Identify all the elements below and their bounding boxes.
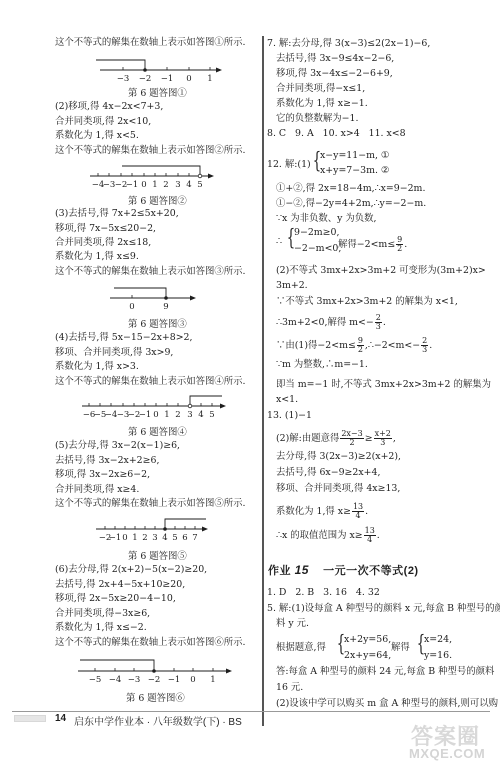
footer-rule	[12, 711, 490, 712]
tick-label: −5	[89, 675, 102, 685]
text-line: 合并同类项,得−3x≥6,	[55, 608, 150, 620]
watermark: 答案圈 MXQE.COM	[405, 720, 497, 764]
equation: x+y=7−3m. ②	[320, 165, 389, 177]
tick-label: 0	[122, 533, 127, 543]
equation: x−y=11−m, ①	[320, 150, 389, 162]
tick-label: −3	[117, 74, 130, 84]
tick-label: 2	[163, 180, 168, 190]
tick-label: −1	[109, 533, 122, 543]
text-line: 去分母,得 3(2x−3)≥2(x+2),	[276, 451, 401, 463]
tick-label: −1	[161, 74, 174, 84]
text-line: 解得	[391, 642, 410, 654]
text-line: 解得−2<m≤92.	[338, 236, 407, 253]
figure-caption: 第 6 题答图⑤	[128, 548, 187, 562]
text-line: (6)去分母,得 2(x+2)−5(x−2)≥20,	[55, 564, 207, 576]
text-line: 料 y 元.	[276, 618, 309, 630]
tick-label: 0	[129, 302, 134, 312]
tick-label: 5	[209, 410, 214, 420]
text-line: ∵由(1)得−2<m≤92,∴−2<m<−23.	[276, 337, 432, 354]
text-line: 移项、合并同类项,得 3x>9,	[55, 347, 173, 359]
equation: x+2y=56,	[344, 634, 391, 646]
text-line: 这个不等式的解集在数轴上表示如答图②所示.	[55, 145, 245, 157]
number-line-2: −4 −3 −2 −1 0 1 2 3 4 5	[88, 161, 218, 191]
text-line: ∵不等式 3mx+2x>3m+2 的解集为 x<1,	[276, 296, 458, 308]
inequality: −2−m<0,	[294, 243, 341, 255]
tick-label: −3	[103, 180, 116, 190]
tick-label: −1	[168, 675, 181, 685]
text-line: 系数化为 1,得 x<5.	[55, 130, 139, 142]
text-line: ∴3m+2<0,解得 m<−23.	[276, 314, 386, 331]
tick-label: 3	[187, 410, 192, 420]
number-line-6: −5 −4 −3 −2 −1 0 1	[76, 655, 236, 685]
text-line: 答:每盒 A 种型号的颜料 24 元,每盒 B 种型号的颜料	[276, 666, 494, 678]
figure-caption: 第 6 题答图②	[128, 193, 187, 207]
figure-caption: 第 6 题答图④	[128, 424, 187, 438]
text-line: 1. D 2. B 3. 16 4. 32	[267, 587, 380, 599]
tick-label: 4	[186, 180, 191, 190]
text-line: 合并同类项,得 x≥4.	[55, 484, 139, 496]
figure-caption: 第 6 题答图③	[128, 316, 187, 330]
text-line: 根据题意,得	[276, 642, 326, 654]
tick-label: 0	[186, 74, 191, 84]
text-line: (4)去括号,得 5x−15−2x+8>2,	[55, 332, 193, 344]
text-line: ∵m 为整数,∴m=−1.	[276, 359, 368, 371]
text-line: 13. (1)−1	[267, 410, 312, 422]
text-line: 16 元.	[276, 682, 303, 694]
text-line: 合并同类项,得 2x<10,	[55, 116, 151, 128]
text-line: 移项,得 3x−4x≤−2−6+9,	[276, 68, 393, 80]
tick-label: −1	[139, 410, 152, 420]
text-line: (2)解:由题意得2x−32≥x+23,	[276, 430, 396, 447]
text-line: 系数化为 1,得 x≤9.	[55, 251, 139, 263]
tick-label: 1	[210, 675, 215, 685]
number-line-1: −3 −2 −1 0 1	[90, 52, 220, 82]
text-line: 移项,得 2x−5x≥20−4−10,	[55, 593, 176, 605]
tick-label: 2	[142, 533, 147, 543]
text-line: 合并同类项,得−x≤1,	[276, 83, 365, 95]
text-line: 即当 m=−1 时,不等式 3mx+2x>3m+2 的解集为	[276, 379, 491, 391]
tick-label: 3	[175, 180, 180, 190]
tick-label: −4	[109, 675, 122, 685]
text-line: ①+②,得 2x=18−4m,∴x=9−2m.	[276, 183, 425, 195]
tick-label: −4	[105, 410, 118, 420]
text-line: 去括号,得 6x−9≥2x+4,	[276, 467, 380, 479]
text-line: 5. 解:(1)设每盒 A 种型号的颜料 x 元,每盒 B 种型号的颜	[267, 603, 500, 615]
text-line: 它的负整数解为−1.	[276, 113, 358, 125]
tick-label: 6	[182, 533, 187, 543]
therefore-symbol: ∴	[276, 236, 282, 248]
tick-label: −2	[148, 675, 161, 685]
text-line: 系数化为 1,得 x>3.	[55, 361, 139, 373]
tick-label: 5	[172, 533, 177, 543]
tick-label: 2	[175, 410, 180, 420]
number-line-3: 0 9	[108, 283, 198, 313]
equation: y=16.	[424, 650, 452, 662]
tick-label: 7	[192, 533, 197, 543]
text-line: 系数化为 1,得 x≤−2.	[55, 622, 147, 634]
text-line: 去括号,得 2x+4−5x+10≥20,	[55, 579, 185, 591]
watermark-url: MXQE.COM	[409, 746, 485, 761]
text-line: 移项,得 7x−5x≤20−2,	[55, 223, 156, 235]
text-line: 3m+2.	[276, 280, 308, 292]
footer-decoration	[14, 715, 46, 722]
text-line: 这个不等式的解集在数轴上表示如答图⑥所示.	[55, 637, 245, 649]
tick-label: 1	[152, 180, 157, 190]
tick-label: 4	[162, 533, 167, 543]
tick-label: 3	[152, 533, 157, 543]
text-line: 这个不等式的解集在数轴上表示如答图④所示.	[55, 376, 245, 388]
text-line: 8. C 9. A 10. x>4 11. x<8	[267, 128, 406, 140]
text-line: 这个不等式的解集在数轴上表示如答图①所示.	[55, 37, 245, 49]
tick-label: 0	[190, 675, 195, 685]
text-line: 移项,得 3x−2x≥6−2,	[55, 469, 150, 481]
tick-label: 5	[197, 180, 202, 190]
tick-label: 1	[164, 410, 169, 420]
text-line: 这个不等式的解集在数轴上表示如答图⑤所示.	[55, 498, 245, 510]
text-line: 合并同类项,得 2x≤18,	[55, 237, 151, 249]
equation: 2x+y=64,	[344, 650, 391, 662]
figure-caption: 第 6 题答图①	[128, 85, 187, 99]
text-line: 系数化为 1,得 x≥134.	[276, 503, 368, 520]
book-title: 启东中学作业本 · 八年级数学(下) · BS	[74, 713, 242, 728]
figure-caption: 第 6 题答图⑥	[126, 690, 185, 704]
page-number: 14	[55, 713, 66, 724]
text-line: 7. 解:去分母,得 3(x−3)≤2(2x−1)−6,	[267, 38, 430, 50]
text-line: ∴x 的取值范围为 x≥134.	[276, 527, 380, 544]
question-label: 12. 解:(1)	[267, 159, 311, 171]
equation: x=24,	[424, 634, 452, 646]
tick-label: 4	[198, 410, 203, 420]
tick-label: 1	[132, 533, 137, 543]
tick-label: 0	[153, 410, 158, 420]
tick-label: 1	[207, 74, 212, 84]
tick-label: 0	[141, 180, 146, 190]
number-line-5: −2 −1 0 1 2 3 4 5 6 7	[94, 514, 214, 544]
text-line: (5)去分母,得 3x−2(x−1)≥6,	[55, 440, 180, 452]
text-line: ∵x 为非负数、y 为负数,	[276, 213, 377, 225]
text-line: (3)去括号,得 7x+2≤5x+20,	[55, 208, 179, 220]
tick-label: 9	[163, 302, 168, 312]
text-line: 系数化为 1,得 x≥−1.	[276, 98, 368, 110]
tick-label: −2	[139, 74, 152, 84]
inequality: 9−2m≥0,	[294, 227, 339, 239]
text-line: ①−②,得−2y=4+2m,∴y=−2−m.	[276, 198, 426, 210]
column-divider	[262, 36, 264, 726]
text-line: 这个不等式的解集在数轴上表示如答图③所示.	[55, 266, 245, 278]
tick-label: −1	[126, 180, 139, 190]
text-line: (2)设该中学可以购买 m 盒 A 种型号的颜料,则可以购	[276, 698, 498, 710]
tick-label: −3	[128, 675, 141, 685]
text-line: 去括号,得 3x−2x+2≥6,	[55, 455, 159, 467]
text-line: x<1.	[276, 394, 298, 406]
text-line: (2)不等式 3mx+2x>3m+2 可变形为(3m+2)x>	[276, 265, 486, 277]
text-line: (2)移项,得 4x−2x<7+3,	[55, 101, 163, 113]
number-line-4: −6 −5 −4 −3 −2 −1 0 1 2 3 4 5	[80, 391, 230, 421]
text-line: 移项、合并同类项,得 4x≥13,	[276, 483, 400, 495]
section-title: 作业 15 一元一次不等式(2)	[268, 562, 419, 578]
text-line: 去括号,得 3x−9≤4x−2−6,	[276, 53, 394, 65]
